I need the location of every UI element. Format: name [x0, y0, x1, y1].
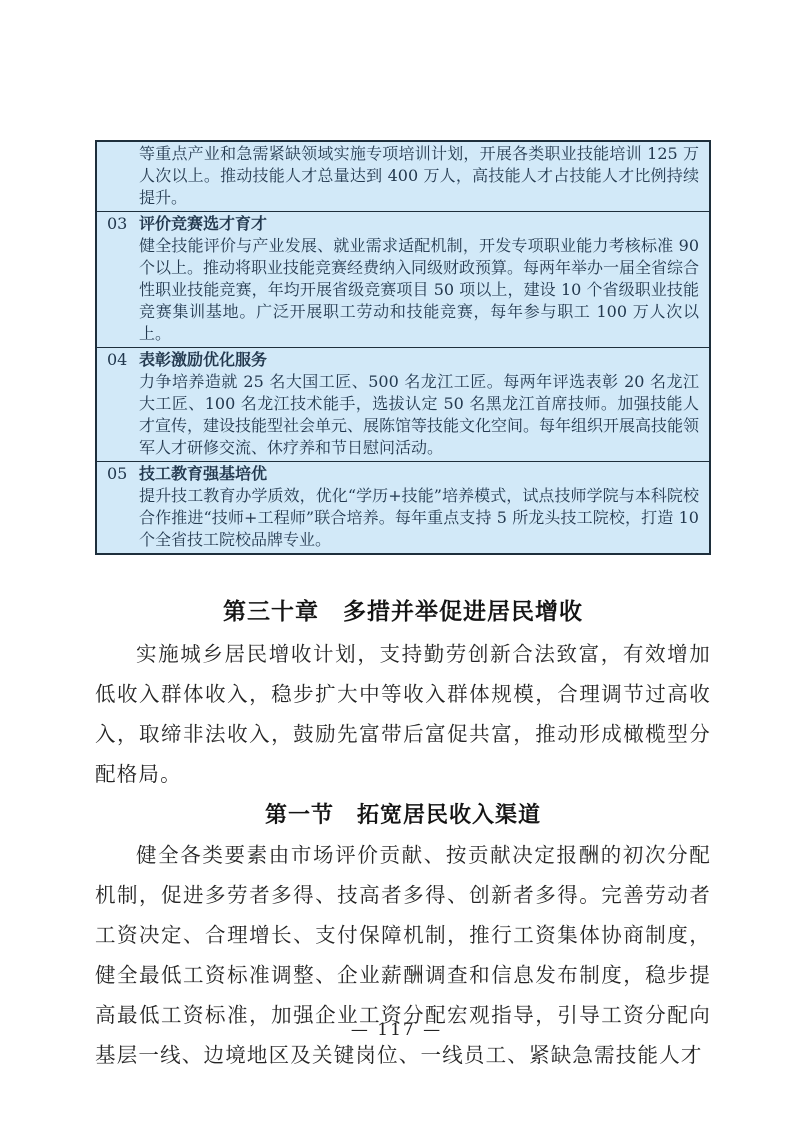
row-number-cell: 03	[97, 213, 139, 345]
table-row-03: 03 评价竞赛选才育才 健全技能评价与产业发展、就业需求适配机制，开发专项职业能…	[97, 211, 709, 347]
row-title-text: 表彰激励优化服务	[139, 349, 699, 371]
row-number-cell	[97, 143, 139, 209]
row-body-text: 健全技能评价与产业发展、就业需求适配机制，开发专项职业能力考核标准 90 个以上…	[139, 235, 699, 345]
talent-actions-table: 等重点产业和急需紧缺领域实施专项培训计划，开展各类职业技能培训 125 万人次以…	[95, 140, 711, 555]
row-content-cell: 表彰激励优化服务 力争培养造就 25 名大国工匠、500 名龙江工匠。每两年评选…	[139, 349, 709, 459]
row-content-cell: 评价竞赛选才育才 健全技能评价与产业发展、就业需求适配机制，开发专项职业能力考核…	[139, 213, 709, 345]
page-content: 等重点产业和急需紧缺领域实施专项培训计划，开展各类职业技能培训 125 万人次以…	[95, 140, 711, 1075]
table-row-04: 04 表彰激励优化服务 力争培养造就 25 名大国工匠、500 名龙江工匠。每两…	[97, 347, 709, 461]
chapter-heading: 第三十章 多措并举促进居民增收	[95, 593, 711, 626]
row-body-text: 力争培养造就 25 名大国工匠、500 名龙江工匠。每两年评选表彰 20 名龙江…	[139, 371, 699, 459]
document-page: 等重点产业和急需紧缺领域实施专项培训计划，开展各类职业技能培训 125 万人次以…	[0, 0, 793, 1122]
row-body-text: 等重点产业和急需紧缺领域实施专项培训计划，开展各类职业技能培训 125 万人次以…	[139, 143, 699, 209]
section-heading: 第一节 拓宽居民收入渠道	[95, 798, 711, 829]
row-content-cell: 技工教育强基培优 提升技工教育办学质效，优化“学历+技能”培养模式，试点技师学院…	[139, 463, 709, 551]
row-title-text: 技工教育强基培优	[139, 463, 699, 485]
row-number-cell: 05	[97, 463, 139, 551]
table-row-continuation: 等重点产业和急需紧缺领域实施专项培训计划，开展各类职业技能培训 125 万人次以…	[97, 142, 709, 211]
chapter-paragraph: 实施城乡居民增收计划，支持勤劳创新合法致富，有效增加低收入群体收入，稳步扩大中等…	[95, 634, 711, 794]
row-body-text: 提升技工教育办学质效，优化“学历+技能”培养模式，试点技师学院与本科院校合作推进…	[139, 485, 699, 551]
row-number-cell: 04	[97, 349, 139, 459]
table-row-05: 05 技工教育强基培优 提升技工教育办学质效，优化“学历+技能”培养模式，试点技…	[97, 461, 709, 553]
row-title-text: 评价竞赛选才育才	[139, 213, 699, 235]
row-content-cell: 等重点产业和急需紧缺领域实施专项培训计划，开展各类职业技能培训 125 万人次以…	[139, 143, 709, 209]
page-number: — 117 —	[0, 1020, 793, 1040]
